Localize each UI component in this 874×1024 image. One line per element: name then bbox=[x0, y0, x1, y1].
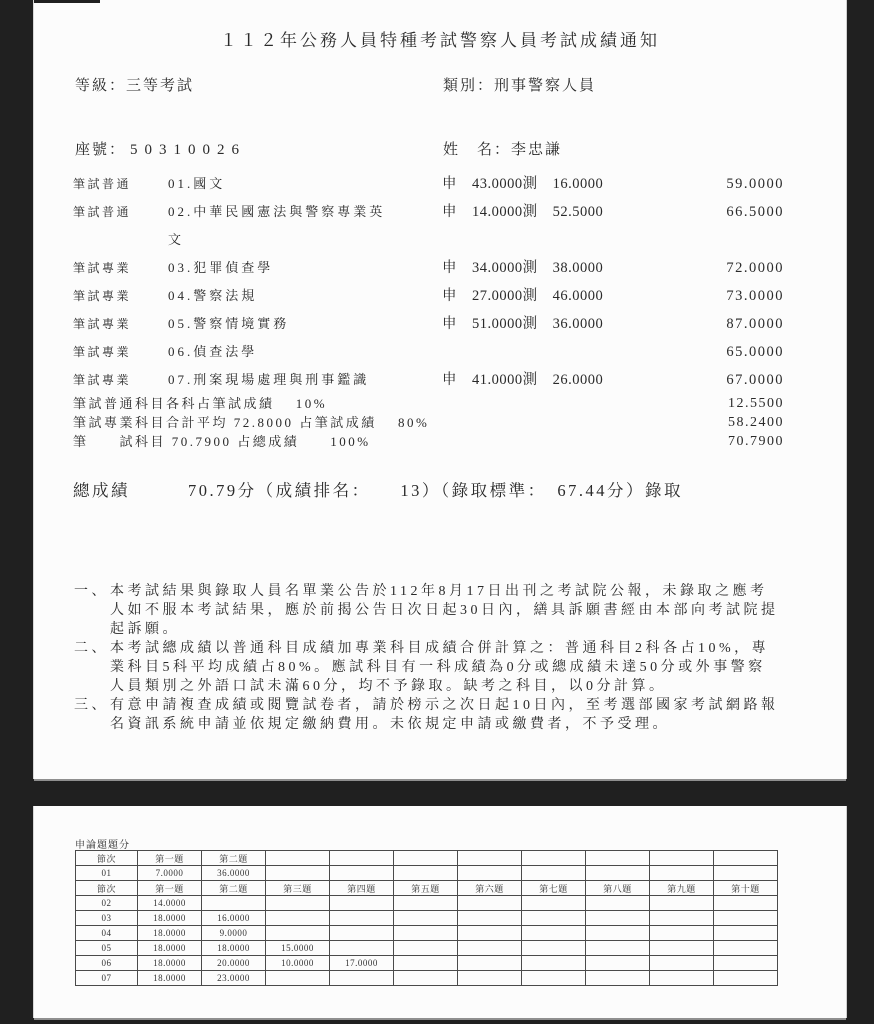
essay-table-cell: 第一題 bbox=[138, 851, 202, 866]
essay-table-cell: 03 bbox=[76, 911, 138, 926]
subject-row: 筆試普通 01.國文 申 43.0000測 16.0000 59.0000 bbox=[73, 170, 784, 198]
essay-table-cell bbox=[650, 941, 714, 956]
summary-text: 筆試專業科目合計平均 72.8000 占筆試成績 80% bbox=[73, 413, 429, 432]
essay-table-cell bbox=[714, 941, 778, 956]
essay-table-cell: 第一題 bbox=[138, 881, 202, 896]
subject-total-score: 66.5000 bbox=[654, 198, 784, 226]
grand-total-label: 總成績 bbox=[73, 477, 130, 501]
subject-row: 筆試專業 05.警察情境實務 申 51.0000測 36.0000 87.000… bbox=[73, 310, 784, 338]
essay-table-cell bbox=[458, 971, 522, 986]
subject-total-score: 59.0000 bbox=[654, 170, 784, 198]
essay-table-cell: 18.0000 bbox=[138, 926, 202, 941]
essay-table-cell: 23.0000 bbox=[202, 971, 266, 986]
essay-table-cell: 第六題 bbox=[458, 881, 522, 896]
essay-table-cell bbox=[266, 926, 330, 941]
subject-name: 05.警察情境實務 bbox=[168, 310, 398, 338]
essay-table-cell bbox=[458, 941, 522, 956]
essay-table-cell bbox=[266, 851, 330, 866]
essay-table-cell bbox=[266, 866, 330, 881]
summary-text: 筆試普通科目各科占筆試成績 10% bbox=[73, 394, 327, 413]
essay-table-data-row: 0318.000016.0000 bbox=[76, 911, 778, 926]
essay-table-cell: 18.0000 bbox=[138, 971, 202, 986]
document-title: １１２年公務人員特種考試警察人員考試成績通知 bbox=[34, 26, 846, 51]
essay-table-cell: 04 bbox=[76, 926, 138, 941]
essay-table-cell bbox=[522, 941, 586, 956]
essay-table-cell bbox=[522, 971, 586, 986]
essay-table-cell bbox=[522, 866, 586, 881]
subject-category-label: 筆試專業 bbox=[73, 338, 168, 366]
essay-table-cell: 15.0000 bbox=[266, 941, 330, 956]
subject-name: 02.中華民國憲法與警察專業英文 bbox=[168, 198, 398, 254]
essay-table-cell: 36.0000 bbox=[202, 866, 266, 881]
summary-total: 70.7900 bbox=[371, 432, 784, 451]
essay-table-cell bbox=[394, 956, 458, 971]
subject-row: 筆試專業 03.犯罪偵查學 申 34.0000測 38.0000 72.0000 bbox=[73, 254, 784, 282]
note-text: 本考試結果與錄取人員名單業公告於112年8月17日出刊之考試院公報，未錄取之應考… bbox=[110, 582, 782, 639]
essay-table-cell: 06 bbox=[76, 956, 138, 971]
essay-table-cell bbox=[522, 911, 586, 926]
subject-part-scores: 申 14.0000測 52.5000 bbox=[442, 198, 654, 226]
subject-category-label: 筆試專業 bbox=[73, 310, 168, 338]
subject-part-scores: 申 34.0000測 38.0000 bbox=[442, 254, 654, 282]
essay-table-cell: 17.0000 bbox=[330, 956, 394, 971]
subject-total-score: 72.0000 bbox=[654, 254, 784, 282]
essay-table-cell bbox=[522, 896, 586, 911]
essay-table-cell: 14.0000 bbox=[138, 896, 202, 911]
subject-category-label: 筆試專業 bbox=[73, 254, 168, 282]
essay-table-cell: 第二題 bbox=[202, 851, 266, 866]
note-marker: 二、 bbox=[74, 639, 110, 696]
note-marker: 一、 bbox=[74, 582, 110, 639]
subject-name: 03.犯罪偵查學 bbox=[168, 254, 398, 282]
essay-table-cell: 10.0000 bbox=[266, 956, 330, 971]
essay-table-cell bbox=[202, 896, 266, 911]
subject-part-scores: 申 43.0000測 16.0000 bbox=[442, 170, 654, 198]
summary-row: 筆試普通科目各科占筆試成績 10% 12.5500 bbox=[73, 394, 784, 413]
essay-table-cell bbox=[266, 911, 330, 926]
essay-table-cell bbox=[522, 926, 586, 941]
subject-category-label: 筆試普通 bbox=[73, 170, 168, 198]
subject-part-scores: 申 41.0000測 26.0000 bbox=[442, 366, 654, 394]
essay-table-cell: 第五題 bbox=[394, 881, 458, 896]
essay-table-cell bbox=[458, 911, 522, 926]
subject-name: 01.國文 bbox=[168, 170, 398, 198]
viewer-background: １１２年公務人員特種考試警察人員考試成績通知 等級：三等考試 類別：刑事警察人員… bbox=[0, 0, 874, 1024]
essay-table-cell: 9.0000 bbox=[202, 926, 266, 941]
essay-table-body: 節次第一題第二題017.000036.0000節次第一題第二題第三題第四題第五題… bbox=[76, 851, 778, 986]
essay-table-cell bbox=[714, 926, 778, 941]
name-value: 李忠謙 bbox=[511, 142, 562, 158]
essay-table-cell: 05 bbox=[76, 941, 138, 956]
essay-table-cell bbox=[586, 896, 650, 911]
essay-table-cell bbox=[586, 971, 650, 986]
essay-table-cell: 第七題 bbox=[522, 881, 586, 896]
essay-table-cell: 18.0000 bbox=[138, 911, 202, 926]
subject-total-score: 67.0000 bbox=[654, 366, 784, 394]
essay-table-cell bbox=[394, 971, 458, 986]
essay-table-cell bbox=[586, 941, 650, 956]
essay-scores-page: 申論題題分 節次第一題第二題017.000036.0000節次第一題第二題第三題… bbox=[34, 806, 846, 1018]
subject-category-label: 筆試普通 bbox=[73, 198, 168, 226]
score-notice-page: １１２年公務人員特種考試警察人員考試成績通知 等級：三等考試 類別：刑事警察人員… bbox=[34, 0, 846, 779]
subject-total-score: 73.0000 bbox=[654, 282, 784, 310]
essay-table-title: 申論題題分 bbox=[75, 836, 130, 851]
essay-table-cell: 18.0000 bbox=[138, 941, 202, 956]
essay-table-cell: 20.0000 bbox=[202, 956, 266, 971]
essay-table-cell: 節次 bbox=[76, 881, 138, 896]
essay-table-cell bbox=[650, 956, 714, 971]
essay-table-cell bbox=[330, 866, 394, 881]
essay-table-cell bbox=[586, 956, 650, 971]
essay-table-cell bbox=[586, 866, 650, 881]
subject-total-score: 87.0000 bbox=[654, 310, 784, 338]
essay-table-cell: 16.0000 bbox=[202, 911, 266, 926]
essay-table-cell bbox=[394, 926, 458, 941]
essay-table-cell: 18.0000 bbox=[138, 956, 202, 971]
subject-part-scores: 申 51.0000測 36.0000 bbox=[442, 310, 654, 338]
essay-table-cell bbox=[458, 866, 522, 881]
name-label: 姓 名： bbox=[443, 142, 511, 158]
essay-table-cell: 節次 bbox=[76, 851, 138, 866]
essay-table-data-row: 0518.000018.000015.0000 bbox=[76, 941, 778, 956]
essay-table-cell: 第十題 bbox=[714, 881, 778, 896]
subject-category-label: 筆試專業 bbox=[73, 282, 168, 310]
essay-table-cell bbox=[586, 911, 650, 926]
summary-total: 12.5500 bbox=[327, 394, 784, 413]
essay-table-cell bbox=[586, 851, 650, 866]
essay-table-data-row: 0618.000020.000010.000017.0000 bbox=[76, 956, 778, 971]
subject-category-label: 筆試專業 bbox=[73, 366, 168, 394]
essay-table-cell bbox=[714, 866, 778, 881]
essay-table-data-row: 0418.00009.0000 bbox=[76, 926, 778, 941]
essay-table-cell bbox=[714, 896, 778, 911]
notes-section: 一、 本考試結果與錄取人員名單業公告於112年8月17日出刊之考試院公報，未錄取… bbox=[74, 582, 782, 734]
essay-table-cell bbox=[394, 911, 458, 926]
essay-table-cell bbox=[330, 851, 394, 866]
essay-table-cell bbox=[394, 896, 458, 911]
essay-table-cell bbox=[650, 851, 714, 866]
essay-table-cell bbox=[650, 866, 714, 881]
essay-table-cell: 第三題 bbox=[266, 881, 330, 896]
essay-score-table: 節次第一題第二題017.000036.0000節次第一題第二題第三題第四題第五題… bbox=[75, 850, 778, 986]
essay-table-cell bbox=[330, 896, 394, 911]
essay-table-cell bbox=[650, 896, 714, 911]
seat-number-label: 座號： bbox=[75, 142, 126, 158]
essay-table-cell: 第二題 bbox=[202, 881, 266, 896]
subject-row: 筆試專業 04.警察法規 申 27.0000測 46.0000 73.0000 bbox=[73, 282, 784, 310]
seat-number-field: 座號：50310026 bbox=[75, 138, 246, 159]
essay-table-cell bbox=[330, 941, 394, 956]
essay-table-data-row: 0214.0000 bbox=[76, 896, 778, 911]
note-item: 三、 有意申請複查成績或閱覽試卷者，請於榜示之次日起10日內，至考選部國家考試網… bbox=[74, 696, 782, 734]
grand-total-line: 總成績 70.79分（成績排名： 13）（錄取標準： 67.44分）錄取 bbox=[73, 477, 784, 501]
subject-name: 07.刑案現場處理與刑事鑑識 bbox=[168, 366, 398, 394]
viewer-top-notch bbox=[34, 0, 100, 3]
essay-table-cell bbox=[394, 851, 458, 866]
essay-table-cell bbox=[458, 926, 522, 941]
grade-field: 等級：三等考試 bbox=[75, 74, 194, 95]
essay-table-cell: 7.0000 bbox=[138, 866, 202, 881]
essay-table-cell: 18.0000 bbox=[202, 941, 266, 956]
essay-table-cell bbox=[330, 971, 394, 986]
category-field: 類別：刑事警察人員 bbox=[443, 74, 596, 95]
seat-number-value: 50310026 bbox=[130, 142, 246, 158]
essay-table-cell: 第四題 bbox=[330, 881, 394, 896]
subject-name: 04.警察法規 bbox=[168, 282, 398, 310]
essay-table-cell bbox=[522, 851, 586, 866]
summary-total: 58.2400 bbox=[429, 413, 784, 432]
essay-table-cell bbox=[330, 926, 394, 941]
essay-table-cell: 07 bbox=[76, 971, 138, 986]
subject-name: 06.偵查法學 bbox=[168, 338, 398, 366]
essay-table-header-row: 節次第一題第二題第三題第四題第五題第六題第七題第八題第九題第十題 bbox=[76, 881, 778, 896]
essay-table-cell bbox=[650, 911, 714, 926]
essay-table-cell bbox=[522, 956, 586, 971]
note-item: 二、 本考試總成績以普通科目成績加專業科目成績合併計算之：普通科目2科各占10%… bbox=[74, 639, 782, 696]
essay-table-cell bbox=[266, 896, 330, 911]
essay-table-cell bbox=[714, 911, 778, 926]
essay-table-cell bbox=[458, 956, 522, 971]
essay-table-cell: 第八題 bbox=[586, 881, 650, 896]
essay-table-cell bbox=[266, 971, 330, 986]
subject-part-scores: 申 27.0000測 46.0000 bbox=[442, 282, 654, 310]
subject-row: 筆試專業 07.刑案現場處理與刑事鑑識 申 41.0000測 26.0000 6… bbox=[73, 366, 784, 394]
essay-table-cell bbox=[714, 851, 778, 866]
essay-table-cell bbox=[394, 941, 458, 956]
essay-table-cell bbox=[650, 926, 714, 941]
essay-table-cell bbox=[714, 971, 778, 986]
grand-total-text: 70.79分（成績排名： 13）（錄取標準： 67.44分）錄取 bbox=[188, 477, 683, 501]
essay-table-cell: 第九題 bbox=[650, 881, 714, 896]
summary-row: 筆 試科目 70.7900 占總成績 100% 70.7900 bbox=[73, 432, 784, 451]
essay-table-cell bbox=[394, 866, 458, 881]
essay-table-data-row: 0718.000023.0000 bbox=[76, 971, 778, 986]
note-text: 有意申請複查成績或閱覽試卷者，請於榜示之次日起10日內，至考選部國家考試網路報名… bbox=[110, 696, 782, 734]
essay-table-data-row: 017.000036.0000 bbox=[76, 866, 778, 881]
subject-row: 筆試專業 06.偵查法學 65.0000 bbox=[73, 338, 784, 366]
note-item: 一、 本考試結果與錄取人員名單業公告於112年8月17日出刊之考試院公報，未錄取… bbox=[74, 582, 782, 639]
note-text: 本考試總成績以普通科目成績加專業科目成績合併計算之：普通科目2科各占10%，專業… bbox=[110, 639, 782, 696]
essay-table-cell bbox=[650, 971, 714, 986]
essay-table-cell bbox=[714, 956, 778, 971]
subject-total-score: 65.0000 bbox=[654, 338, 784, 366]
subject-score-list: 筆試普通 01.國文 申 43.0000測 16.0000 59.0000 筆試… bbox=[73, 170, 784, 451]
essay-table-cell: 02 bbox=[76, 896, 138, 911]
subject-row: 筆試普通 02.中華民國憲法與警察專業英文 申 14.0000測 52.5000… bbox=[73, 198, 784, 254]
essay-table-cell bbox=[458, 896, 522, 911]
essay-table-cell bbox=[586, 926, 650, 941]
note-marker: 三、 bbox=[74, 696, 110, 734]
essay-table-cell bbox=[458, 851, 522, 866]
summary-row: 筆試專業科目合計平均 72.8000 占筆試成績 80% 58.2400 bbox=[73, 413, 784, 432]
name-field: 姓 名：李忠謙 bbox=[443, 138, 562, 159]
summary-text: 筆 試科目 70.7900 占總成績 100% bbox=[73, 432, 371, 451]
essay-table-header-row: 節次第一題第二題 bbox=[76, 851, 778, 866]
essay-table-cell: 01 bbox=[76, 866, 138, 881]
essay-table-cell bbox=[330, 911, 394, 926]
